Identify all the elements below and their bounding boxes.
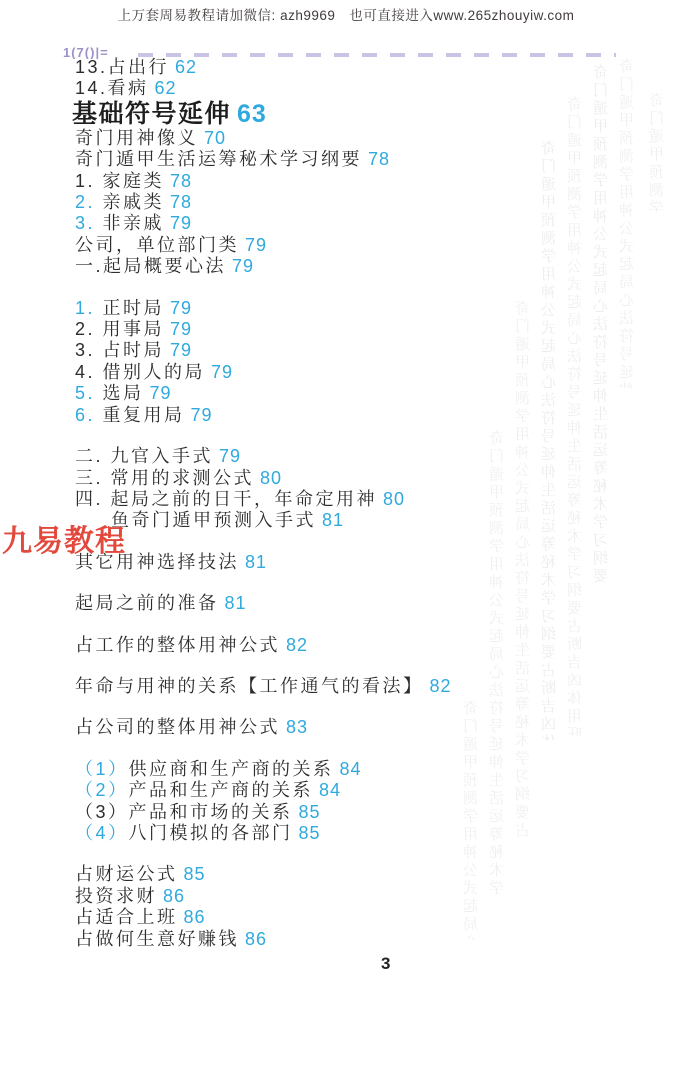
toc-entry: （1）供应商和生产商的关系84 [75,759,635,780]
watermark-stamp: 九易教程 [2,516,126,560]
toc-entry-page-number: 62 [155,78,177,98]
toc-entry-title: 3. 占时局 [75,340,164,360]
toc-entry: 2. 亲戚类78 [75,192,635,213]
table-of-contents: 13.占出行6214.看病62基础符号延伸63奇门用神像义70奇门遁甲生活运筹秘… [75,57,635,950]
toc-entry: 奇门遁甲生活运筹秘术学习纲要78 [75,149,635,170]
toc-entry-title: 三. 常用的求测公式 [75,468,254,488]
toc-entry-title: 供应商和生产商的关系 [129,759,334,779]
toc-entry-title: 投资求财 [75,886,157,906]
toc-entry-page-number: 79 [191,405,213,425]
toc-entry: 3. 非亲戚79 [75,213,635,234]
toc-entry-page-number: 85 [299,823,321,843]
toc-entry-page-number: 84 [340,759,362,779]
toc-entry-page-number: 62 [175,57,197,77]
toc-entry-page-number: 79 [211,362,233,382]
toc-entry: 起局之前的准备81 [75,593,635,614]
toc-entry-title: 重复用局 [103,405,185,425]
toc-entry-title: 非亲戚 [103,213,165,233]
toc-entry: 三. 常用的求测公式80 [75,468,635,489]
toc-entry-title: 1. 家庭类 [75,171,164,191]
toc-entry: 2. 用事局79 [75,319,635,340]
toc-entry-title: 公司，单位部门类 [75,235,239,255]
toc-entry-page-number: 84 [319,780,341,800]
toc-entry-title: 选局 [103,383,144,403]
toc-entry-page-number: 79 [219,446,241,466]
toc-entry-page-number: 81 [245,552,267,572]
toc-entry-title: 产品和生产商的关系 [129,780,314,800]
toc-entry-title: 正时局 [103,298,165,318]
toc-entry: 占工作的整体用神公式82 [75,635,635,656]
toc-entry: 5. 选局79 [75,383,635,404]
toc-entry-page-number: 78 [170,192,192,212]
toc-entry: 4. 借别人的局79 [75,362,635,383]
toc-entry: （4）八门模拟的各部门85 [75,823,635,844]
toc-entry: 14.看病62 [75,78,635,99]
toc-entry-page-number: 79 [170,213,192,233]
toc-entry-title: 占财运公式 [75,864,178,884]
toc-entry-page-number: 70 [204,128,226,148]
toc-entry-page-number: 83 [286,717,308,737]
toc-entry-page-number: 79 [170,298,192,318]
toc-entry-page-number: 81 [225,593,247,613]
toc-entry-page-number: 78 [368,149,390,169]
toc-entry-page-number: 80 [260,468,282,488]
toc-entry: 6. 重复用局79 [75,405,635,426]
toc-entry: 投资求财86 [75,886,635,907]
toc-entry-title: 占做何生意好赚钱 [75,929,239,949]
toc-entry: （2）产品和生产商的关系84 [75,780,635,801]
toc-entry-number-prefix: 6. [75,405,103,425]
toc-entry: 四. 起局之前的日干，年命定用神80 [75,489,635,510]
toc-entry-page-number: 79 [170,319,192,339]
toc-entry-title: 占工作的整体用神公式 [75,635,280,655]
toc-entry-page-number: 86 [184,907,206,927]
toc-entry: 年命与用神的关系【工作通气的看法】82 [75,676,635,697]
toc-entry: 公司，单位部门类79 [75,235,635,256]
toc-entry: 1. 正时局79 [75,298,635,319]
page-number: 3 [381,954,390,974]
toc-entry-number-prefix: （2） [75,780,129,800]
toc-entry-title: 13.占出行 [75,57,169,77]
toc-entry-title: 奇门用神像义 [75,128,198,148]
toc-entry-title: （3）产品和市场的关系 [75,802,293,822]
toc-entry-number-prefix: 2. [75,192,103,212]
toc-entry-page-number: 85 [299,802,321,822]
toc-entry-page-number: 79 [170,340,192,360]
toc-entry: 13.占出行62 [75,57,635,78]
bleedthrough-column: 奇门遁甲预测学用神公式起局心法符号延伸生活运筹秘术学习纲要占断吉凶体用旺相休囚值… [646,92,670,212]
toc-entry-title: 基础符号延伸 [72,100,231,128]
toc-entry-page-number: 82 [286,635,308,655]
toc-entry: （3）产品和市场的关系85 [75,802,635,823]
toc-entry-title: 起局之前的准备 [75,593,219,613]
toc-entry-page-number: 63 [237,100,267,128]
toc-entry-number-prefix: 1. [75,298,103,318]
toc-entry-page-number: 86 [245,929,267,949]
toc-entry-title: 一.起局概要心法 [75,256,226,276]
toc-entry-title: 八门模拟的各部门 [129,823,293,843]
toc-entry: 鱼奇门遁甲预测入手式81 [111,510,635,531]
toc-entry-title: 奇门遁甲生活运筹秘术学习纲要 [75,149,362,169]
toc-entry-title: 14.看病 [75,78,149,98]
promo-header-text: 上万套周易教程请加微信: azh9969 也可直接进入www.265zhouyi… [0,4,692,24]
toc-entry-page-number: 81 [322,510,344,530]
toc-entry-title: 4. 借别人的局 [75,362,205,382]
scanned-book-page: 上万套周易教程请加微信: azh9969 也可直接进入www.265zhouyi… [0,0,692,1066]
toc-entry-page-number: 78 [170,171,192,191]
toc-entry: 占公司的整体用神公式83 [75,717,635,738]
toc-entry: 其它用神选择技法81 [75,552,635,573]
toc-entry-title: 2. 用事局 [75,319,164,339]
toc-entry-title: 占适合上班 [75,907,178,927]
toc-entry-page-number: 79 [150,383,172,403]
toc-entry-page-number: 86 [163,886,185,906]
toc-entry-number-prefix: （1） [75,759,129,779]
toc-entry: 一.起局概要心法79 [75,256,635,277]
toc-entry: 占财运公式85 [75,864,635,885]
toc-entry-page-number: 85 [184,864,206,884]
toc-entry: 二. 九官入手式79 [75,446,635,467]
toc-entry-number-prefix: 3. [75,213,103,233]
toc-entry-title: 二. 九官入手式 [75,446,213,466]
toc-entry-page-number: 79 [245,235,267,255]
toc-entry-title: 四. 起局之前的日干，年命定用神 [75,489,377,509]
toc-entry-title: 鱼奇门遁甲预测入手式 [111,510,316,530]
toc-entry: 基础符号延伸63 [72,100,635,128]
toc-entry-title: 亲戚类 [103,192,165,212]
toc-entry-page-number: 79 [232,256,254,276]
toc-entry: 3. 占时局79 [75,340,635,361]
toc-entry-page-number: 80 [383,489,405,509]
toc-entry-title: 占公司的整体用神公式 [75,717,280,737]
toc-entry: 占适合上班86 [75,907,635,928]
toc-entry-title: 年命与用神的关系【工作通气的看法】 [75,676,424,696]
toc-entry: 奇门用神像义70 [75,128,635,149]
toc-entry-number-prefix: （4） [75,823,129,843]
toc-entry: 占做何生意好赚钱86 [75,929,635,950]
toc-entry-page-number: 82 [430,676,452,696]
toc-entry: 1. 家庭类78 [75,171,635,192]
toc-entry-number-prefix: 5. [75,383,103,403]
